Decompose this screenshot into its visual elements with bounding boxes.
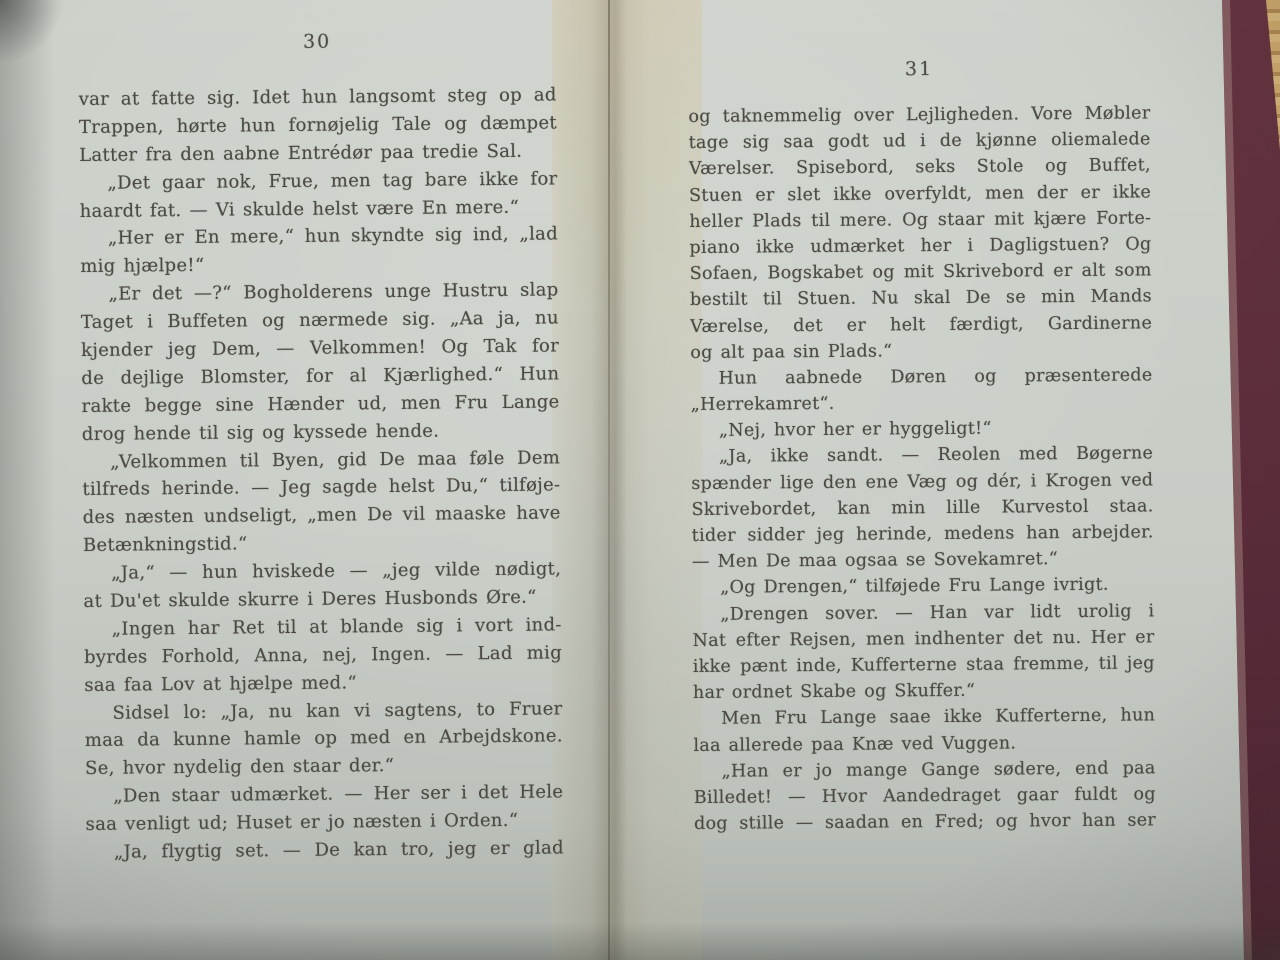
text-line: Billedet! — Hvor Aandedraget gaar fuldt … [694,781,1156,811]
text-line: Sofaen, Bogskabet og mit Skrivebord er a… [690,257,1152,287]
text-line: ikke pænt inde, Kufferterne staa fremme,… [693,650,1155,680]
book-photo: 30 var at fatte sig. Idet hun langsomt s… [0,0,1280,960]
text-line: Trappen, hørte hun fornøjelig Tale og dæ… [79,109,557,141]
text-line: „Ja, ikke sandt. — Reolen med Bøgerne [691,441,1153,471]
text-line: Hun aabnede Døren og præsenterede smilen… [690,362,1152,392]
text-line: byrdes Forhold, Anna, nej, Ingen. — Lad … [84,639,562,671]
text-line: har ordnet Skabe og Skuffer.“ [693,676,1155,706]
text-line: piano ikke udmærket her i Dagligstuen? O… [689,231,1151,261]
book-gutter-shadow [552,0,702,960]
text-line: Stuen er slet ikke overfyldt, men der er… [689,179,1151,209]
text-line: Nat efter Rejsen, men indhenter det nu. … [692,624,1154,654]
text-line: tage sig saa godt ud i de kjønne oliemal… [689,127,1151,157]
text-line: spænder lige den ene Væg og dér, i Kroge… [691,467,1153,497]
right-page: 31 og taknemmelig over Lejligheden. Vore… [688,53,1156,837]
text-line: og taknemmelig over Lejligheden. Vore Mø… [688,100,1150,130]
text-line: „Nej, hvor her er hyggeligt!“ [691,415,1153,445]
right-page-text: og taknemmelig over Lejligheden. Vore Mø… [688,100,1156,837]
text-line: „Og Drengen,“ tilføjede Fru Lange ivrigt… [692,572,1154,602]
text-line: Latter fra den aabne Entrédør paa tredie… [79,137,557,169]
text-line: og alt paa sin Plads.“ [690,336,1152,366]
text-line: — Men De maa ogsaa se Sovekamret.“ [692,546,1154,576]
text-line: at Du'et skulde skurre i Deres Husbonds … [83,583,561,615]
text-line: Værelser. Spisebord, seks Stole og Buffe… [689,153,1151,183]
text-line: „Ingen har Ret til at blande sig i vort … [84,611,562,643]
text-line: laa allerede paa Knæ ved Vuggen. [693,729,1155,759]
text-line: Skrivebordet, kan min lille Kurvestol st… [691,493,1153,523]
text-line: Men Fru Lange saae ikke Kufferterne, hun [693,703,1155,733]
text-line: de dejlige Blomster, for al Kjærlighed.“… [81,360,559,392]
text-line: des næsten undseligt, „men De vil maaske… [83,500,561,532]
page-number-right: 31 [688,53,1150,85]
text-line: bestilt til Stuen. Nu skal De se min Man… [690,284,1152,314]
text-line: Værelse, det er helt færdigt, Gardinerne… [690,310,1152,340]
text-line: kjender jeg Dem, — Velkommen! Og Tak for [81,332,559,364]
text-line: „Ja, flygtig set. — De kan tro, jeg er g… [86,834,564,866]
text-line: dog stille — saadan en Fred; og hvor han… [694,807,1156,837]
text-line: „Han er jo mange Gange sødere, end paa [694,755,1156,785]
text-line: heller Plads til mere. Og staar mit kjær… [689,205,1151,235]
text-line: „Her er En mere,“ hun skyndte sig ind, „… [80,221,558,253]
text-line: var at fatte sig. Idet hun langsomt steg… [79,81,557,113]
text-line: maa da kunne hamle op med en Arbejdskone… [85,723,563,755]
left-page: 30 var at fatte sig. Idet hun langsomt s… [78,25,564,866]
page-number-left: 30 [78,25,556,58]
text-line: „Drengen sover. — Han var lidt urolig i [692,598,1154,628]
text-line: tider sidder jeg herinde, medens han arb… [692,519,1154,549]
text-line: „Herrekamret“. [691,388,1153,418]
left-page-text: var at fatte sig. Idet hun langsomt steg… [79,81,564,866]
text-line: rakte begge sine Hænder ud, men Fru Lang… [81,388,559,420]
text-line: „Det gaar nok, Frue, men tag bare ikke f… [79,165,557,197]
